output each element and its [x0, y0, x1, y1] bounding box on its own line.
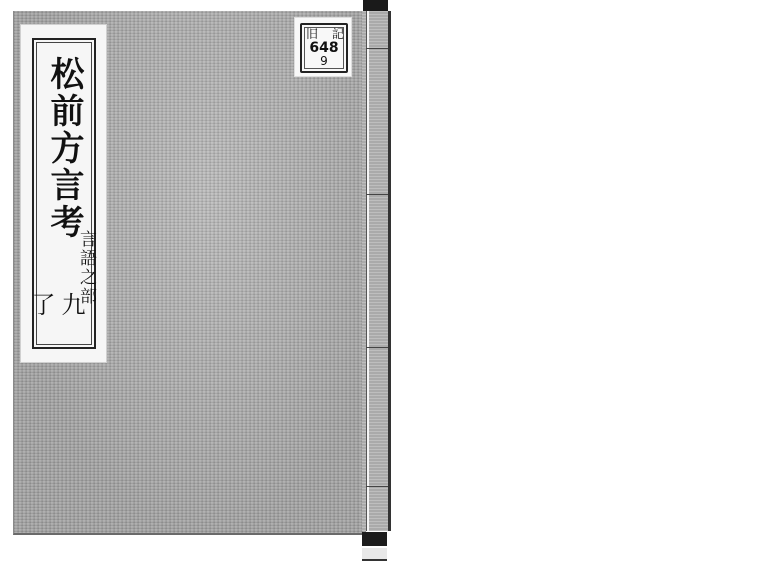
- call-number-label: 旧 記 648 9: [294, 17, 352, 77]
- stitch: [366, 194, 388, 195]
- volume-number: 九了: [46, 292, 86, 347]
- book-title: 松前方言考: [44, 56, 84, 241]
- stitch: [366, 486, 388, 487]
- spine-bottom-edge: [362, 548, 387, 561]
- call-number-sub: 9: [302, 55, 346, 67]
- book-cover: 松前方言考 言語之部 九了 旧 記 648 9: [13, 11, 366, 535]
- stitch: [366, 347, 388, 348]
- title-frame: 松前方言考 言語之部 九了: [32, 38, 96, 349]
- call-number-frame: 旧 記 648 9: [300, 23, 348, 73]
- binding-line: [366, 11, 369, 531]
- call-number: 648: [302, 41, 346, 55]
- title-slip: 松前方言考 言語之部 九了: [20, 24, 107, 363]
- spine-bottom-cap: [362, 532, 387, 546]
- book-spine: [362, 11, 391, 531]
- stitch: [366, 48, 388, 49]
